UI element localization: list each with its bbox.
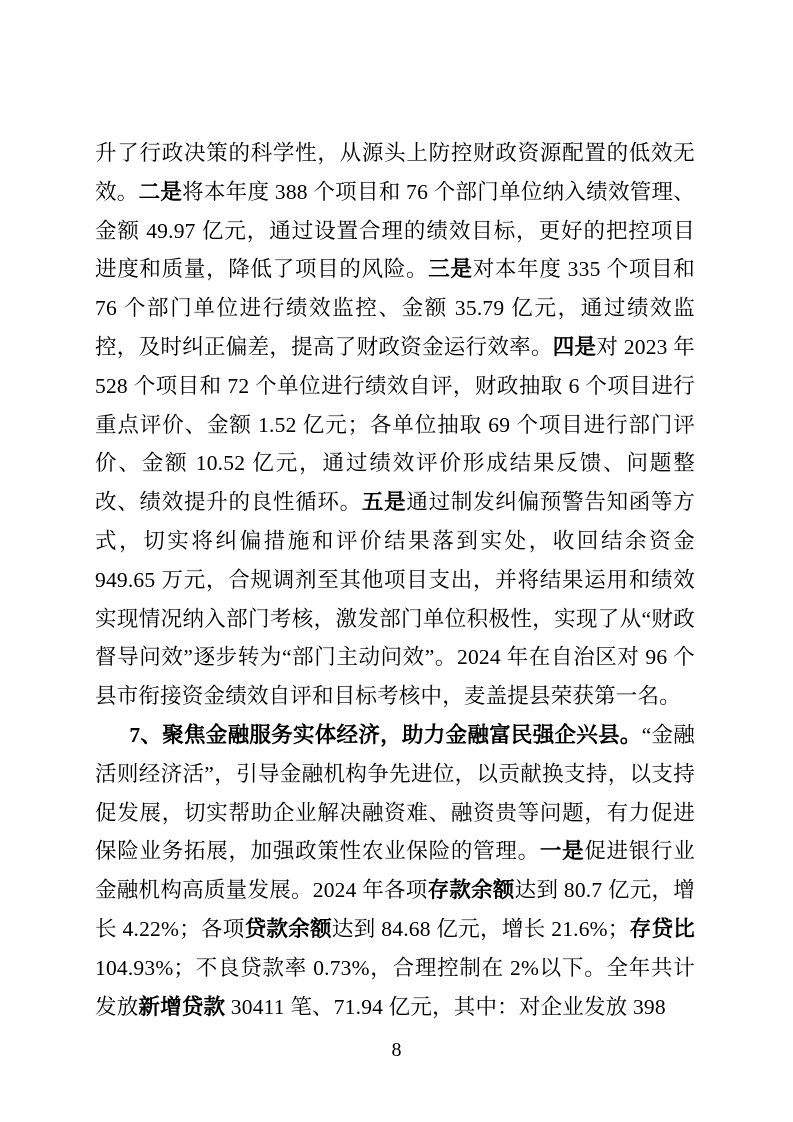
bold-text-run: 存款余额 xyxy=(428,878,515,902)
bold-text-run: 7、聚焦金融服务实体经济，助力金融富民强企兴县。 xyxy=(129,723,641,747)
bold-text-run: 存贷比 xyxy=(629,917,695,941)
text-run: 达到 84.68 亿元，增长 21.6%； xyxy=(332,917,630,941)
financial-services-paragraph: 7、聚焦金融服务实体经济，助力金融富民强企兴县。“金融活则经济活”，引导金融机构… xyxy=(95,716,695,1026)
bold-text-run: 新增贷款 xyxy=(138,995,225,1019)
text-run: 对 2023 年 528 个项目和 72 个单位进行绩效自评，财政抽取 6 个项… xyxy=(95,335,695,514)
bold-text-run: 一是 xyxy=(540,839,584,863)
text-run: 30411 笔、71.94 亿元，其中：对企业发放 398 xyxy=(225,995,666,1019)
bold-text-run: 五是 xyxy=(362,490,406,514)
budget-performance-paragraph: 升了行政决策的科学性，从源头上防控财政资源配置的低效无效。二是将本年度 388 … xyxy=(95,134,695,716)
bold-text-run: 二是 xyxy=(139,180,183,204)
bold-text-run: 四是 xyxy=(553,335,597,359)
text-run: 通过制发纠偏预警告知函等方式，切实将纠偏措施和评价结果落到实处，收回结余资金 9… xyxy=(95,490,695,708)
bold-text-run: 三是 xyxy=(428,257,472,281)
bold-text-run: 贷款余额 xyxy=(245,917,332,941)
document-page: 升了行政决策的科学性，从源头上防控财政资源配置的低效无效。二是将本年度 388 … xyxy=(0,0,793,1122)
document-body: 升了行政决策的科学性，从源头上防控财政资源配置的低效无效。二是将本年度 388 … xyxy=(95,134,695,1026)
page-number: 8 xyxy=(0,1037,793,1063)
